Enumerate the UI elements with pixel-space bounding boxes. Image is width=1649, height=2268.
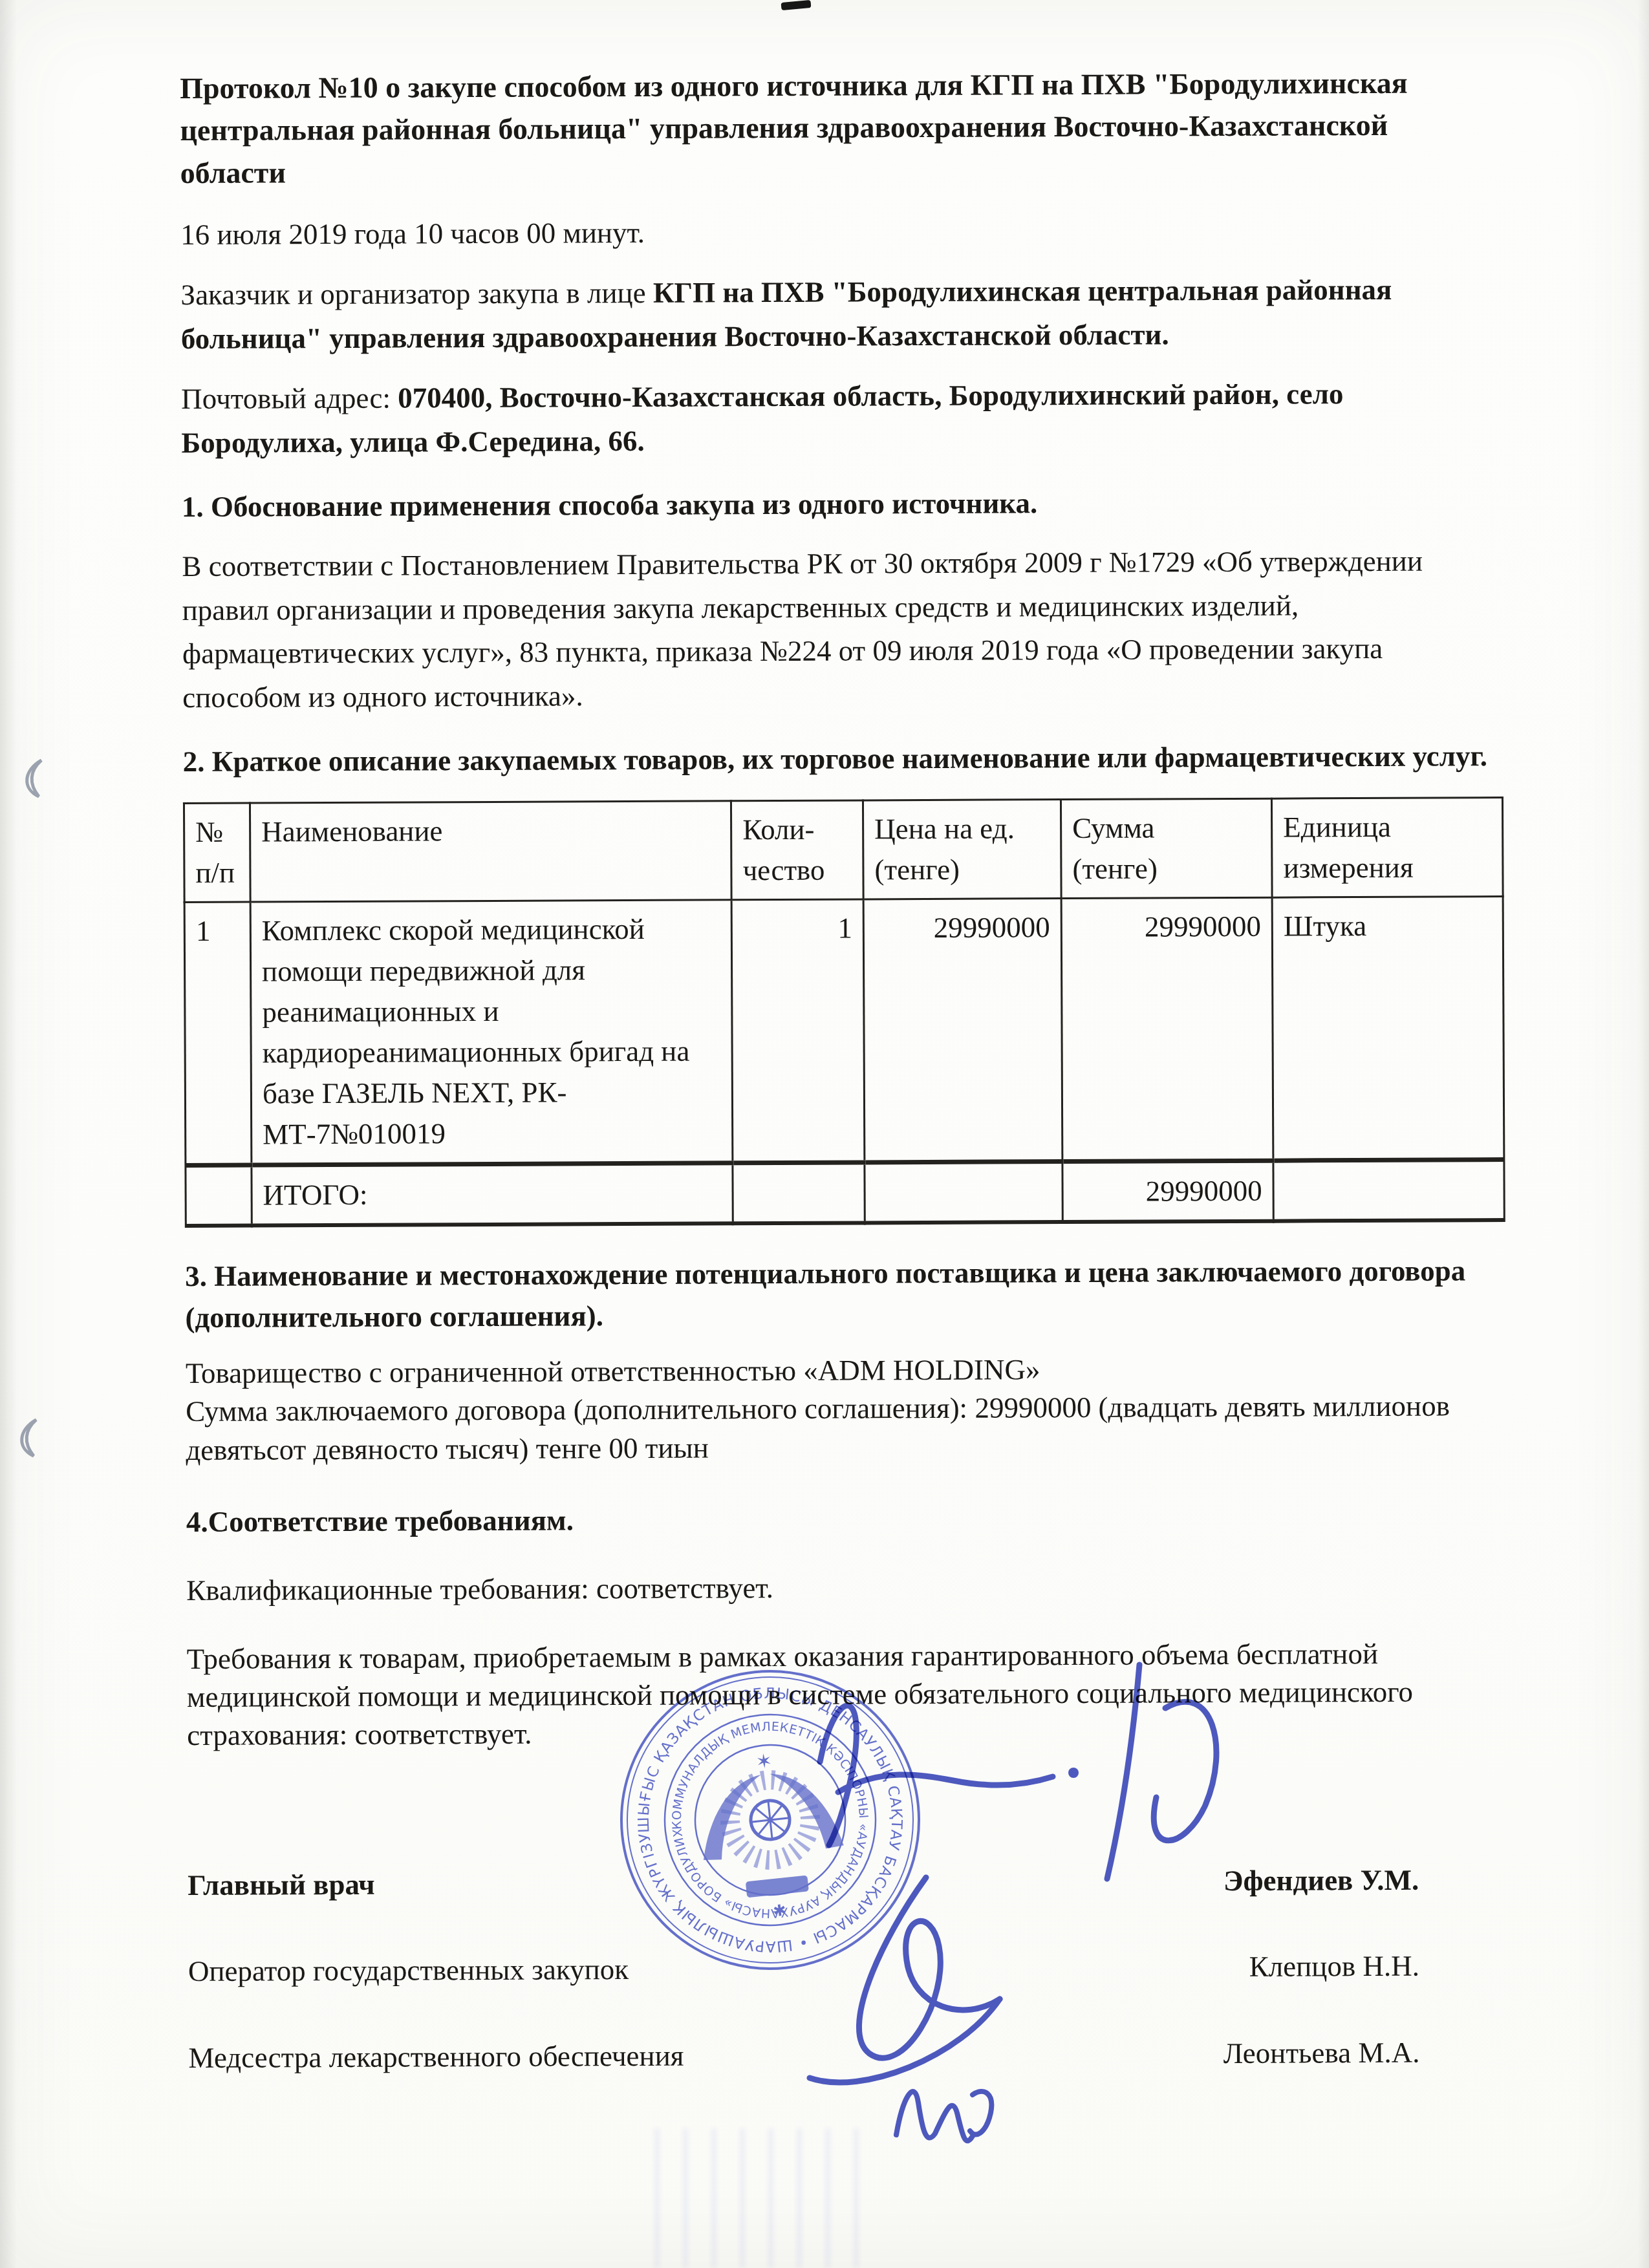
total-empty-1 (186, 1165, 252, 1226)
datetime-line: 16 июля 2019 года 10 часов 00 минут. (180, 208, 1501, 257)
section3-heading: 3. Наименование и местонахождение потенц… (185, 1250, 1506, 1339)
document-title: Протокол №10 о закупе способом из одного… (180, 61, 1501, 194)
total-empty-2 (733, 1162, 865, 1223)
total-empty-3 (865, 1162, 1062, 1223)
contract-sum-line: Сумма заключаемого договора (дополнитель… (186, 1387, 1506, 1470)
table-row-item-1: 1 Комплекс скорой медицинской помощи пер… (184, 897, 1504, 1166)
signature-name: Эфендиев У.М. (1223, 1858, 1419, 1903)
cell-name: Комплекс скорой медицинской помощи перед… (250, 900, 733, 1165)
header-cell-sum: Сумма (тенге) (1061, 798, 1272, 898)
section2-heading: 2. Краткое описание закупаемых товаров, … (183, 736, 1503, 783)
header-cell-name: Наименование (250, 801, 731, 902)
supplier-line: Товарищество с ограниченной ответственно… (186, 1349, 1506, 1393)
procurement-table: № п/п Наименование Коли- чество Цена на … (183, 797, 1505, 1228)
scan-edge-shadow-left (0, 0, 17, 2268)
total-label: ИТОГО: (252, 1163, 733, 1226)
total-value: 29990000 (1062, 1161, 1274, 1222)
signature-role: Оператор государственных закупок (188, 1948, 629, 1993)
table-total-row: ИТОГО: 29990000 (186, 1160, 1504, 1226)
document-content: Протокол №10 о закупе способом из одного… (180, 61, 1509, 2080)
signature-name: Клепцов Н.Н. (1249, 1945, 1419, 1989)
customer-prefix: Заказчик и организатор закупа в лице (180, 277, 645, 311)
table-header-row: № п/п Наименование Коли- чество Цена на … (184, 798, 1503, 903)
customer-paragraph: Заказчик и организатор закупа в лице КГП… (180, 268, 1502, 361)
cell-sum: 29990000 (1061, 897, 1273, 1161)
signatures-block: Главный врач Эфендиев У.М. Оператор госу… (188, 1858, 1509, 2080)
postal-label: Почтовый адрес: (181, 382, 391, 415)
ink-bleed-artifact (654, 2128, 868, 2268)
total-empty-4 (1273, 1160, 1504, 1221)
header-cell-number: № п/п (184, 803, 250, 902)
signature-row-procurement-operator: Оператор государственных закупок Клепцов… (188, 1944, 1509, 1993)
cell-quantity: 1 (731, 899, 865, 1163)
qualification-line: Квалификационные требования: соответству… (186, 1563, 1507, 1612)
signature-name: Леонтьева М.А. (1223, 2031, 1419, 2075)
header-cell-unit: Единица измерения (1272, 798, 1503, 898)
cell-unit: Штука (1272, 897, 1504, 1161)
section4-heading: 4.Соответствие требованиям. (186, 1496, 1507, 1543)
signature-row-nurse: Медсестра лекарственного обеспечения Лео… (188, 2031, 1509, 2080)
scanned-document-page: Протокол №10 о закупе способом из одного… (0, 0, 1649, 2268)
scan-edge-shadow-right (1637, 0, 1649, 2268)
header-cell-quantity: Коли- чество (731, 800, 864, 900)
signature-ink-nurse (896, 2091, 991, 2141)
cell-unit-price: 29990000 (863, 899, 1062, 1162)
postal-paragraph: Почтовый адрес: 070400, Восточно-Казахст… (181, 372, 1502, 465)
signature-role: Главный врач (188, 1863, 375, 1907)
goods-requirements: Требования к товарам, приобретаемым в ра… (187, 1634, 1508, 1755)
signature-row-chief-doctor: Главный врач Эфендиев У.М. (188, 1858, 1508, 1907)
header-cell-unit-price: Цена на ед. (тенге) (863, 800, 1062, 899)
signature-role: Медсестра лекарственного обеспечения (188, 2034, 684, 2080)
section1-body: В соответствии с Постановлением Правител… (182, 539, 1503, 720)
section1-heading: 1. Обоснование применения способа закупа… (182, 482, 1502, 529)
cell-number: 1 (184, 902, 252, 1165)
